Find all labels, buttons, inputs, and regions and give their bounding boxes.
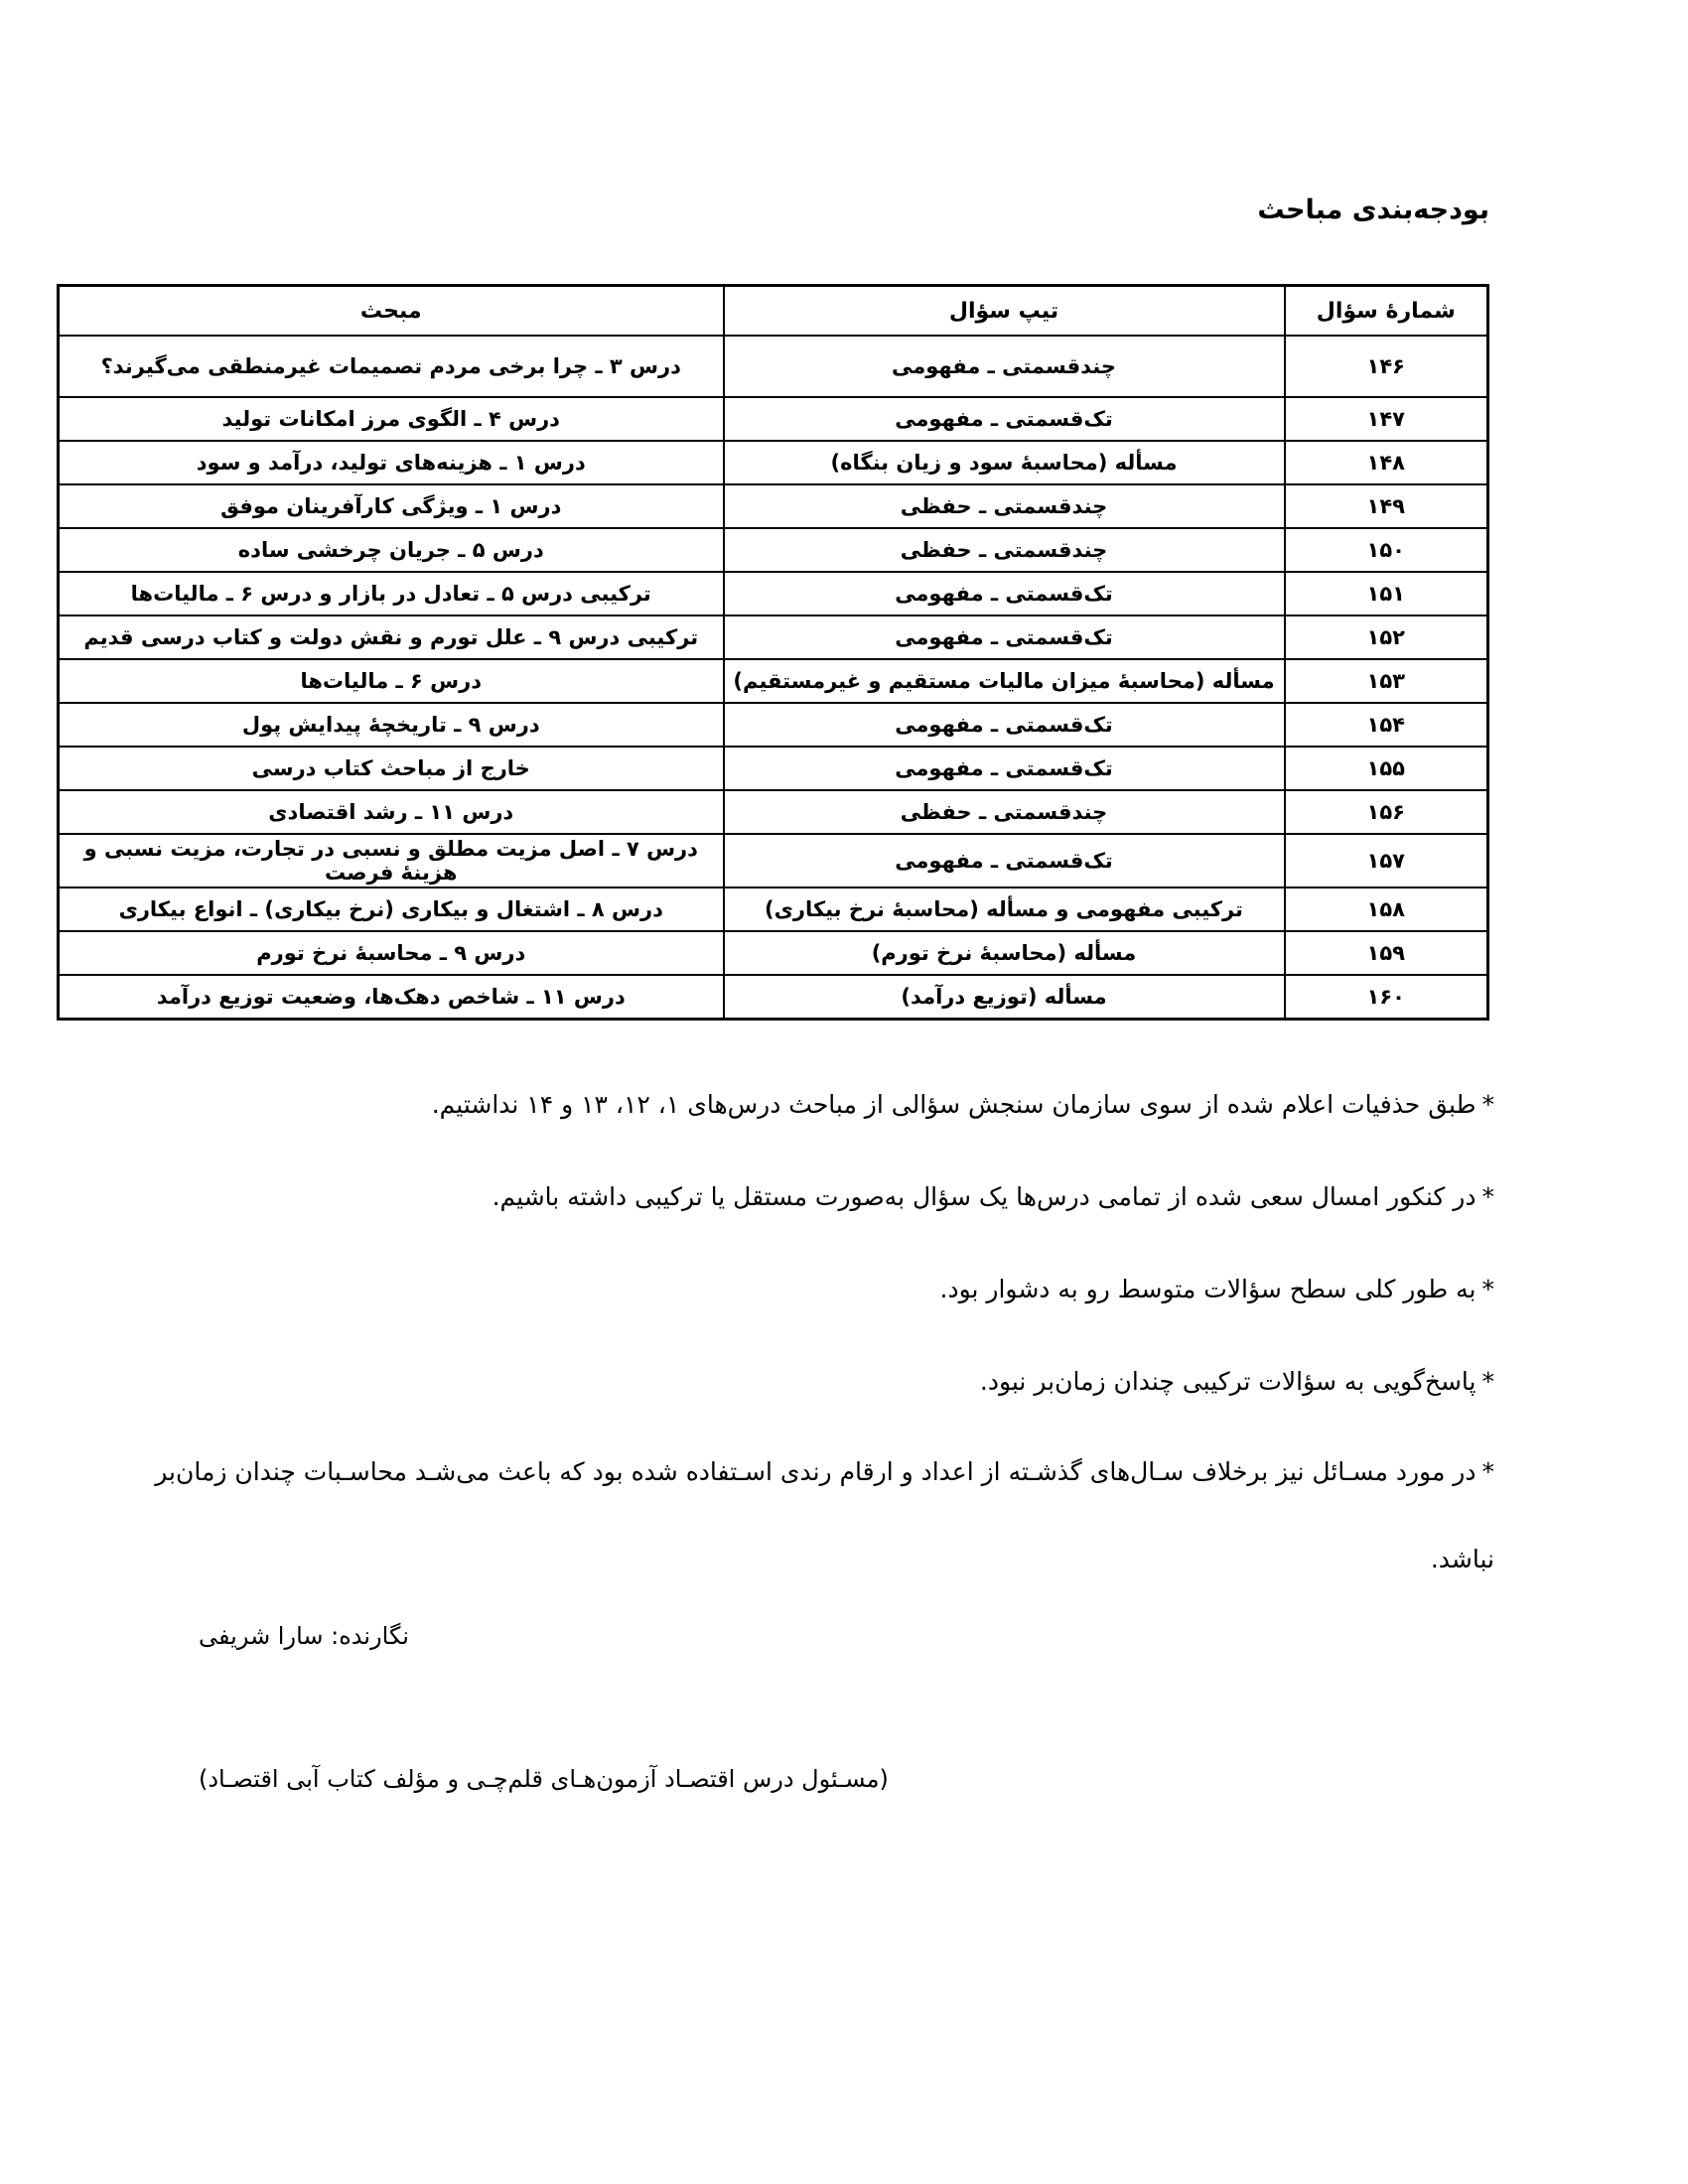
cell-topic: درس ۷ ـ اصل مزیت مطلق و نسبی در تجارت، م…	[59, 834, 724, 887]
table-row: ۱۵۹ مسأله (محاسبهٔ نرخ تورم) درس ۹ ـ محا…	[59, 931, 1488, 975]
asterisk-marker: *	[1482, 1090, 1495, 1119]
cell-topic: درس ۵ ـ جریان چرخشی ساده	[59, 528, 724, 572]
note-round-numbers-continuation: نباشد.	[1431, 1545, 1494, 1573]
cell-question-type: چندقسمتی ـ حفظی	[724, 528, 1285, 572]
header-row: شمارهٔ سؤال تیپ سؤال مبحث	[59, 286, 1488, 337]
note-text: طبق حذفیات اعلام شده از سوی سازمان سنجش …	[432, 1090, 1477, 1119]
note-difficulty: *به طور کلی سطح سؤالات متوسط رو به دشوار…	[129, 1275, 1494, 1303]
author-role-line: (مسـئول درس اقتصـاد آزمون‌هـای قلم‌چـی و…	[199, 1765, 889, 1793]
table-row: ۱۴۷ تک‌قسمتی ـ مفهومی درس ۴ ـ الگوی مرز …	[59, 397, 1488, 441]
note-text: در مورد مسـائل نیز برخلاف سـال‌های گذشـت…	[155, 1457, 1476, 1486]
cell-question-type: مسأله (توزیع درآمد)	[724, 975, 1285, 1020]
cell-topic: درس ۱۱ ـ شاخص دهک‌ها، وضعیت توزیع درآمد	[59, 975, 724, 1020]
col-header-question-type: تیپ سؤال	[724, 286, 1285, 337]
note-coverage: *در کنکور امسال سعی شده از تمامی درس‌ها …	[129, 1182, 1494, 1211]
cell-question-number: ۱۵۶	[1285, 790, 1488, 834]
table-row: ۱۵۴ تک‌قسمتی ـ مفهومی درس ۹ ـ تاریخچهٔ پ…	[59, 703, 1488, 747]
cell-question-type: چندقسمتی ـ مفهومی	[724, 336, 1285, 397]
cell-question-number: ۱۵۰	[1285, 528, 1488, 572]
cell-topic: درس ۳ ـ چرا برخی مردم تصمیمات غیرمنطقی م…	[59, 336, 724, 397]
note-text: به طور کلی سطح سؤالات متوسط رو به دشوار …	[940, 1275, 1477, 1303]
cell-topic: درس ۸ ـ اشتغال و بیکاری (نرخ بیکاری) ـ ا…	[59, 887, 724, 931]
table-row: ۱۵۲ تک‌قسمتی ـ مفهومی ترکیبی درس ۹ ـ علل…	[59, 615, 1488, 659]
cell-question-type: مسأله (محاسبهٔ سود و زیان بنگاه)	[724, 441, 1285, 484]
note-deleted-topics: *طبق حذفیات اعلام شده از سوی سازمان سنجش…	[129, 1090, 1494, 1119]
author-line: نگارنده: سارا شریفی	[199, 1622, 409, 1650]
table-row: ۱۵۷ تک‌قسمتی ـ مفهومی درس ۷ ـ اصل مزیت م…	[59, 834, 1488, 887]
cell-topic: درس ۱۱ ـ رشد اقتصادی	[59, 790, 724, 834]
table-row: ۱۴۹ چندقسمتی ـ حفظی درس ۱ ـ ویژگی کارآفر…	[59, 484, 1488, 528]
table-row: ۱۵۵ تک‌قسمتی ـ مفهومی خارج از مباحث کتاب…	[59, 747, 1488, 790]
cell-question-type: چندقسمتی ـ حفظی	[724, 484, 1285, 528]
cell-question-number: ۱۵۸	[1285, 887, 1488, 931]
cell-question-number: ۱۵۲	[1285, 615, 1488, 659]
cell-topic: درس ۱ ـ هزینه‌های تولید، درآمد و سود	[59, 441, 724, 484]
cell-question-type: تک‌قسمتی ـ مفهومی	[724, 572, 1285, 615]
note-combined-questions: *پاسخ‌گویی به سؤالات ترکیبی چندان زمان‌ب…	[129, 1367, 1494, 1396]
asterisk-marker: *	[1482, 1182, 1495, 1211]
table-row: ۱۵۱ تک‌قسمتی ـ مفهومی ترکیبی درس ۵ ـ تعا…	[59, 572, 1488, 615]
asterisk-marker: *	[1482, 1275, 1495, 1303]
note-text: در کنکور امسال سعی شده از تمامی درس‌ها ی…	[492, 1182, 1477, 1211]
col-header-question-number: شمارهٔ سؤال	[1285, 286, 1488, 337]
table-row: ۱۵۸ ترکیبی مفهومی و مسأله (محاسبهٔ نرخ ب…	[59, 887, 1488, 931]
document-page: بودجه‌بندی مباحث شمارهٔ سؤال تیپ سؤال مب…	[0, 0, 1688, 2184]
note-text: پاسخ‌گویی به سؤالات ترکیبی چندان زمان‌بر…	[980, 1367, 1477, 1396]
cell-topic: ترکیبی درس ۹ ـ علل تورم و نقش دولت و کتا…	[59, 615, 724, 659]
cell-question-type: تک‌قسمتی ـ مفهومی	[724, 747, 1285, 790]
cell-question-type: ترکیبی مفهومی و مسأله (محاسبهٔ نرخ بیکار…	[724, 887, 1285, 931]
cell-topic: درس ۶ ـ مالیات‌ها	[59, 659, 724, 703]
cell-topic: درس ۱ ـ ویژگی کارآفرینان موفق	[59, 484, 724, 528]
cell-question-type: مسأله (محاسبهٔ میزان مالیات مستقیم و غیر…	[724, 659, 1285, 703]
cell-question-number: ۱۵۷	[1285, 834, 1488, 887]
cell-question-number: ۱۴۹	[1285, 484, 1488, 528]
cell-question-number: ۱۵۳	[1285, 659, 1488, 703]
table-row: ۱۶۰ مسأله (توزیع درآمد) درس ۱۱ ـ شاخص ده…	[59, 975, 1488, 1020]
cell-topic: ترکیبی درس ۵ ـ تعادل در بازار و درس ۶ ـ …	[59, 572, 724, 615]
col-header-topic: مبحث	[59, 286, 724, 337]
asterisk-marker: *	[1482, 1367, 1495, 1396]
cell-question-number: ۱۴۶	[1285, 336, 1488, 397]
budget-table: شمارهٔ سؤال تیپ سؤال مبحث ۱۴۶ چندقسمتی ـ…	[57, 284, 1489, 1021]
table-row: ۱۵۶ چندقسمتی ـ حفظی درس ۱۱ ـ رشد اقتصادی	[59, 790, 1488, 834]
cell-question-type: تک‌قسمتی ـ مفهومی	[724, 834, 1285, 887]
cell-question-number: ۱۴۸	[1285, 441, 1488, 484]
cell-question-number: ۱۵۴	[1285, 703, 1488, 747]
cell-topic: خارج از مباحث کتاب درسی	[59, 747, 724, 790]
cell-question-number: ۱۵۹	[1285, 931, 1488, 975]
cell-question-type: مسأله (محاسبهٔ نرخ تورم)	[724, 931, 1285, 975]
cell-question-type: تک‌قسمتی ـ مفهومی	[724, 615, 1285, 659]
cell-question-type: چندقسمتی ـ حفظی	[724, 790, 1285, 834]
asterisk-marker: *	[1482, 1457, 1495, 1486]
table-header: شمارهٔ سؤال تیپ سؤال مبحث	[59, 286, 1488, 337]
table-row: ۱۵۳ مسأله (محاسبهٔ میزان مالیات مستقیم و…	[59, 659, 1488, 703]
table-row: ۱۴۶ چندقسمتی ـ مفهومی درس ۳ ـ چرا برخی م…	[59, 336, 1488, 397]
cell-question-type: تک‌قسمتی ـ مفهومی	[724, 397, 1285, 441]
cell-topic: درس ۹ ـ تاریخچهٔ پیدایش پول	[59, 703, 724, 747]
table-row: ۱۵۰ چندقسمتی ـ حفظی درس ۵ ـ جریان چرخشی …	[59, 528, 1488, 572]
cell-topic: درس ۹ ـ محاسبهٔ نرخ تورم	[59, 931, 724, 975]
budget-table-body: ۱۴۶ چندقسمتی ـ مفهومی درس ۳ ـ چرا برخی م…	[59, 336, 1488, 1020]
cell-question-number: ۱۵۵	[1285, 747, 1488, 790]
page-title: بودجه‌بندی مباحث	[1257, 195, 1489, 225]
cell-topic: درس ۴ ـ الگوی مرز امکانات تولید	[59, 397, 724, 441]
cell-question-number: ۱۶۰	[1285, 975, 1488, 1020]
cell-question-type: تک‌قسمتی ـ مفهومی	[724, 703, 1285, 747]
note-round-numbers: *در مورد مسـائل نیز برخلاف سـال‌های گذشـ…	[129, 1457, 1494, 1486]
cell-question-number: ۱۴۷	[1285, 397, 1488, 441]
table-row: ۱۴۸ مسأله (محاسبهٔ سود و زیان بنگاه) درس…	[59, 441, 1488, 484]
cell-question-number: ۱۵۱	[1285, 572, 1488, 615]
